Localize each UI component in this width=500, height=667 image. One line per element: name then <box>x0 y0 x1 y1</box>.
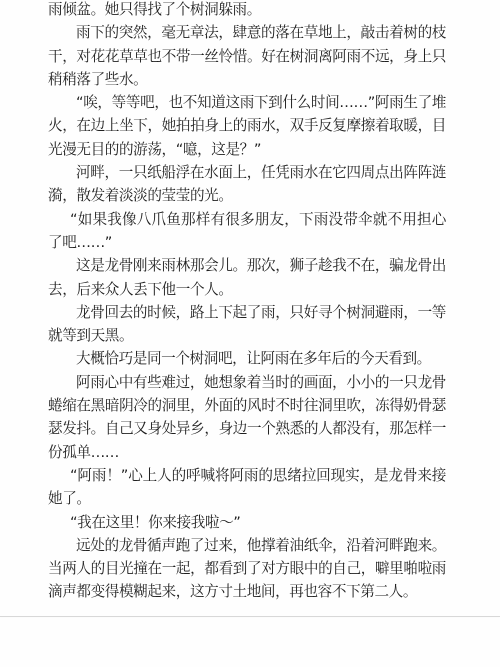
paragraph-10: “阿雨！”心上人的呼喊将阿雨的思绪拉回现实，是龙骨来接她了。 <box>48 464 446 511</box>
paragraph-9: 阿雨心中有些难过，她想象着当时的画面，小小的一只龙骨蜷缩在黑暗阴冷的洞里，外面的… <box>48 371 446 464</box>
paragraph-11: “我在这里！你来接我啦～” <box>48 511 446 534</box>
paragraph-2: 雨下的突然，毫无章法，肆意的落在草地上，敲击着树的枝干，对花花草草也不带一丝怜惜… <box>48 21 446 91</box>
paragraph-4: 河畔，一只纸船浮在水面上，任凭雨水在它四周点出阵阵涟漪，散发着淡淡的莹莹的光。 <box>48 161 446 208</box>
paragraph-12: 远处的龙骨循声跑了过来，他撑着油纸伞，沿着河畔跑来。当两人的目光撞在一起，都看到… <box>48 534 446 604</box>
next-page-area <box>0 618 500 667</box>
paragraph-6: 这是龙骨刚来雨林那会儿。那次，狮子趁我不在，骗龙骨出去，后来众人丢下他一个人。 <box>48 254 446 301</box>
paragraph-8: 大概恰巧是同一个树洞吧，让阿雨在多年后的今天看到。 <box>48 347 446 370</box>
paragraph-5: “如果我像八爪鱼那样有很多朋友，下雨没带伞就不用担心了吧……” <box>48 208 446 255</box>
document-page: 雨倾盆。她只得找了个树洞躲雨。 雨下的突然，毫无章法，肆意的落在草地上，敲击着树… <box>48 0 446 604</box>
paragraph-3: “唉，等等吧，也不知道这雨下到什么时间……”阿雨生了堆火，在边上坐下，她拍拍身上… <box>48 91 446 161</box>
paragraph-7: 龙骨回去的时候，路上下起了雨，只好寻个树洞避雨，一等就等到天黑。 <box>48 301 446 348</box>
page-divider <box>0 616 500 617</box>
paragraph-1: 雨倾盆。她只得找了个树洞躲雨。 <box>48 0 446 21</box>
